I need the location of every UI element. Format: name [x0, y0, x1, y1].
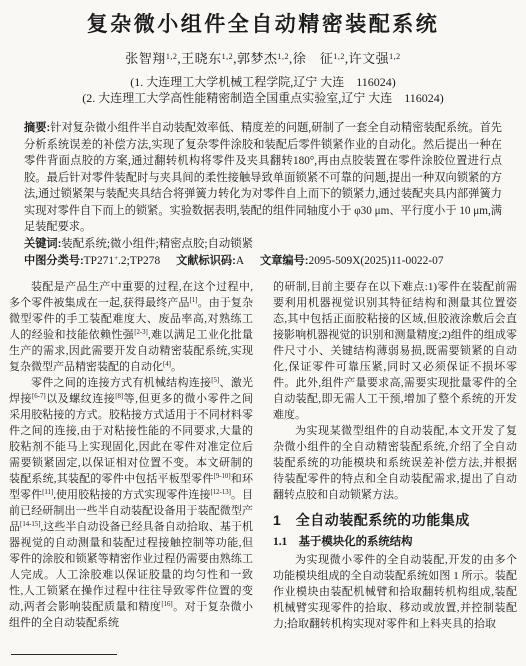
section-1-heading: 1 全自动装配系统的功能集成	[273, 511, 517, 530]
section-1-1-heading: 1.1 基于模块化的系统结构	[273, 534, 517, 550]
right-column: 的研制,目前主要存在以下难点:1)零件在装配前需要利用机器视觉识别其特征结构和测…	[273, 279, 517, 637]
meta-line: 中图分类号:TP271+.2;TP278文献标识码:A文章编号:2095-509…	[24, 253, 502, 270]
keywords-line: 关键词:装配系统;微小组件;精密点胶;自动锁紧	[24, 236, 502, 253]
abstract-block: 摘要:针对复杂微小组件半自动装配效率低、精度差的问题,研制了一套全自动精密装配系…	[24, 120, 502, 236]
clc-label: 中图分类号:	[24, 255, 84, 267]
article-no-value: 2095-509X(2025)11-0022-07	[309, 255, 444, 267]
intro-paragraph-2: 零件之间的连接方式有机械结构连接[5]、激光焊接[6-7]以及螺纹连接[8]等,…	[9, 375, 253, 631]
intro-paragraph-1: 装配是产品生产中重要的过程,在这个过程中,多个零件被集成在一起,获得最终产品[1…	[9, 279, 253, 375]
abstract-label: 摘要:	[24, 122, 50, 134]
paper-page: 复杂微小组件全自动精密装配系统 张智翔1,2,王晓东1,2,郭梦杰1,2,徐 征…	[0, 0, 526, 666]
affiliation-1: (1. 大连理工大学机械工程学院,辽宁 大连 116024)	[9, 74, 517, 90]
paper-title: 复杂微小组件全自动精密装配系统	[9, 12, 517, 37]
authors-line: 张智翔1,2,王晓东1,2,郭梦杰1,2,徐 征1,2,许文强1,2	[9, 51, 517, 67]
footnote-rule	[11, 654, 117, 655]
abstract-text: 针对复杂微小组件半自动装配效率低、精度差的问题,研制了一套全自动精密装配系统。首…	[24, 122, 502, 233]
keywords-label: 关键词:	[24, 238, 61, 250]
doc-code-label: 文献标识码:	[176, 255, 236, 267]
left-column: 装配是产品生产中重要的过程,在这个过程中,多个零件被集成在一起,获得最终产品[1…	[9, 279, 253, 637]
clc-value: TP271+.2;TP278	[84, 255, 160, 267]
section-1-1-paragraph: 为实现微小零件的全自动装配,开发的由多个功能模块组成的全自动装配系统如图 1 所…	[273, 552, 517, 632]
keywords-text: 装配系统;微小组件;精密点胶;自动锁紧	[61, 238, 253, 250]
intro-paragraph-3: 为实现某微型组件的自动装配,本文开发了复杂微小组件的全自动精密装配系统,介绍了全…	[273, 423, 517, 503]
article-no-label: 文章编号:	[260, 255, 308, 267]
body-columns: 装配是产品生产中重要的过程,在这个过程中,多个零件被集成在一起,获得最终产品[1…	[9, 279, 517, 637]
intro-paragraph-2-continued: 的研制,目前主要存在以下难点:1)零件在装配前需要利用机器视觉识别其特征结构和测…	[273, 279, 517, 423]
affiliation-2: (2. 大连理工大学高性能精密制造全国重点实验室,辽宁 大连 116024)	[9, 90, 517, 106]
doc-code-value: A	[236, 255, 244, 267]
